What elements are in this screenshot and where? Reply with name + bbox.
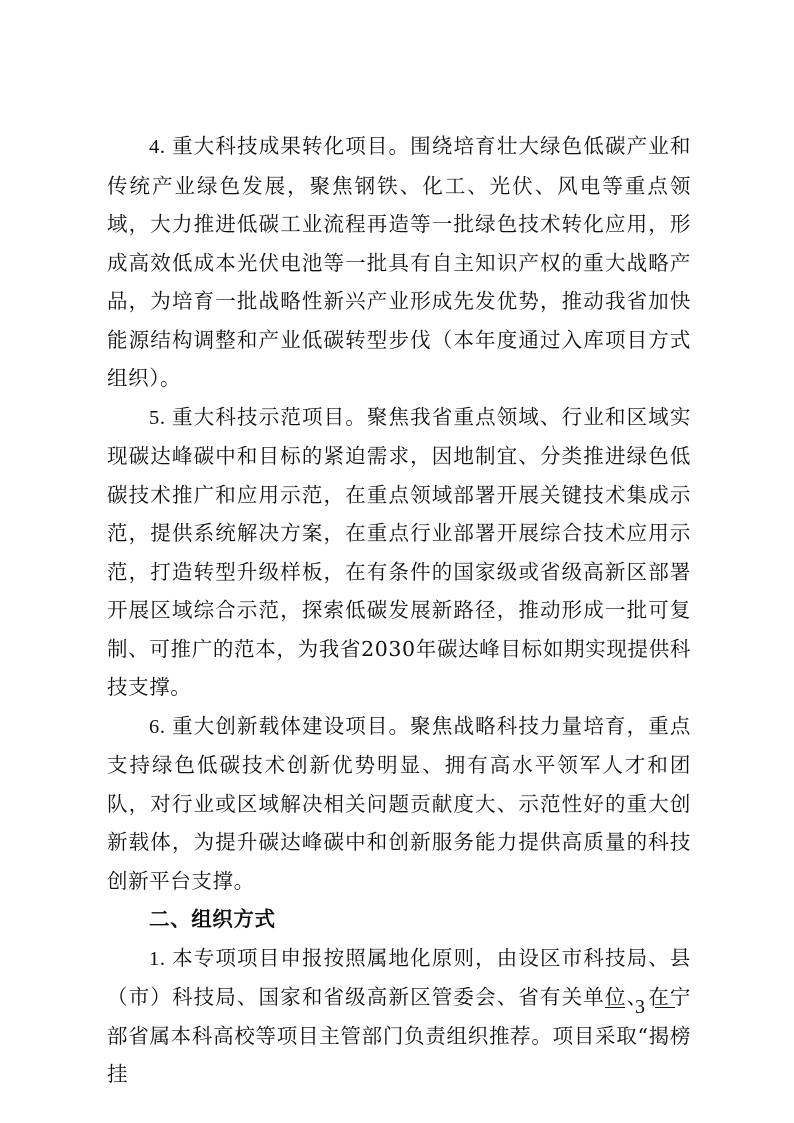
- paragraph-item-6: 6.重大创新载体建设项目。聚焦战略科技力量培育，重点支持绿色低碳技术创新优势明显…: [107, 707, 691, 901]
- section-heading: 二、组织方式: [107, 900, 691, 939]
- paragraph-number: 5.: [149, 407, 166, 429]
- document-body: 4.重大科技成果转化项目。围绕培育壮大绿色低碳产业和传统产业绿色发展，聚焦钢铁、…: [107, 127, 691, 1094]
- paragraph-number: 6.: [149, 716, 166, 738]
- paragraph-item-5: 5.重大科技示范项目。聚焦我省重点领域、行业和区域实现碳达峰碳中和目标的紧迫需求…: [107, 398, 691, 707]
- paragraph-number: 4.: [149, 136, 166, 158]
- dash-right: [655, 1007, 675, 1009]
- paragraph-text: 重大科技示范项目。聚焦我省重点领域、行业和区域实现碳达峰碳中和目标的紧迫需求，因…: [107, 405, 691, 700]
- document-page: 4.重大科技成果转化项目。围绕培育壮大绿色低碳产业和传统产业绿色发展，聚焦钢铁、…: [0, 0, 794, 1123]
- paragraph-text: 重大创新载体建设项目。聚焦战略科技力量培育，重点支持绿色低碳技术创新优势明显、拥…: [107, 714, 691, 893]
- paragraph-number: 1.: [149, 948, 166, 970]
- paragraph-item-4: 4.重大科技成果转化项目。围绕培育壮大绿色低碳产业和传统产业绿色发展，聚焦钢铁、…: [107, 127, 691, 398]
- dash-left: [605, 1007, 625, 1009]
- paragraph-text: 本专项项目申报按照属地化原则，由设区市科技局、县（市）科技局、国家和省级高新区管…: [107, 946, 691, 1087]
- page-number-footer: 3: [605, 996, 675, 1019]
- paragraph-text: 重大科技成果转化项目。围绕培育壮大绿色低碳产业和传统产业绿色发展，聚焦钢铁、化工…: [107, 134, 691, 390]
- section-paragraph-1: 1.本专项项目申报按照属地化原则，由设区市科技局、县（市）科技局、国家和省级高新…: [107, 939, 691, 1094]
- page-number: 3: [635, 996, 645, 1019]
